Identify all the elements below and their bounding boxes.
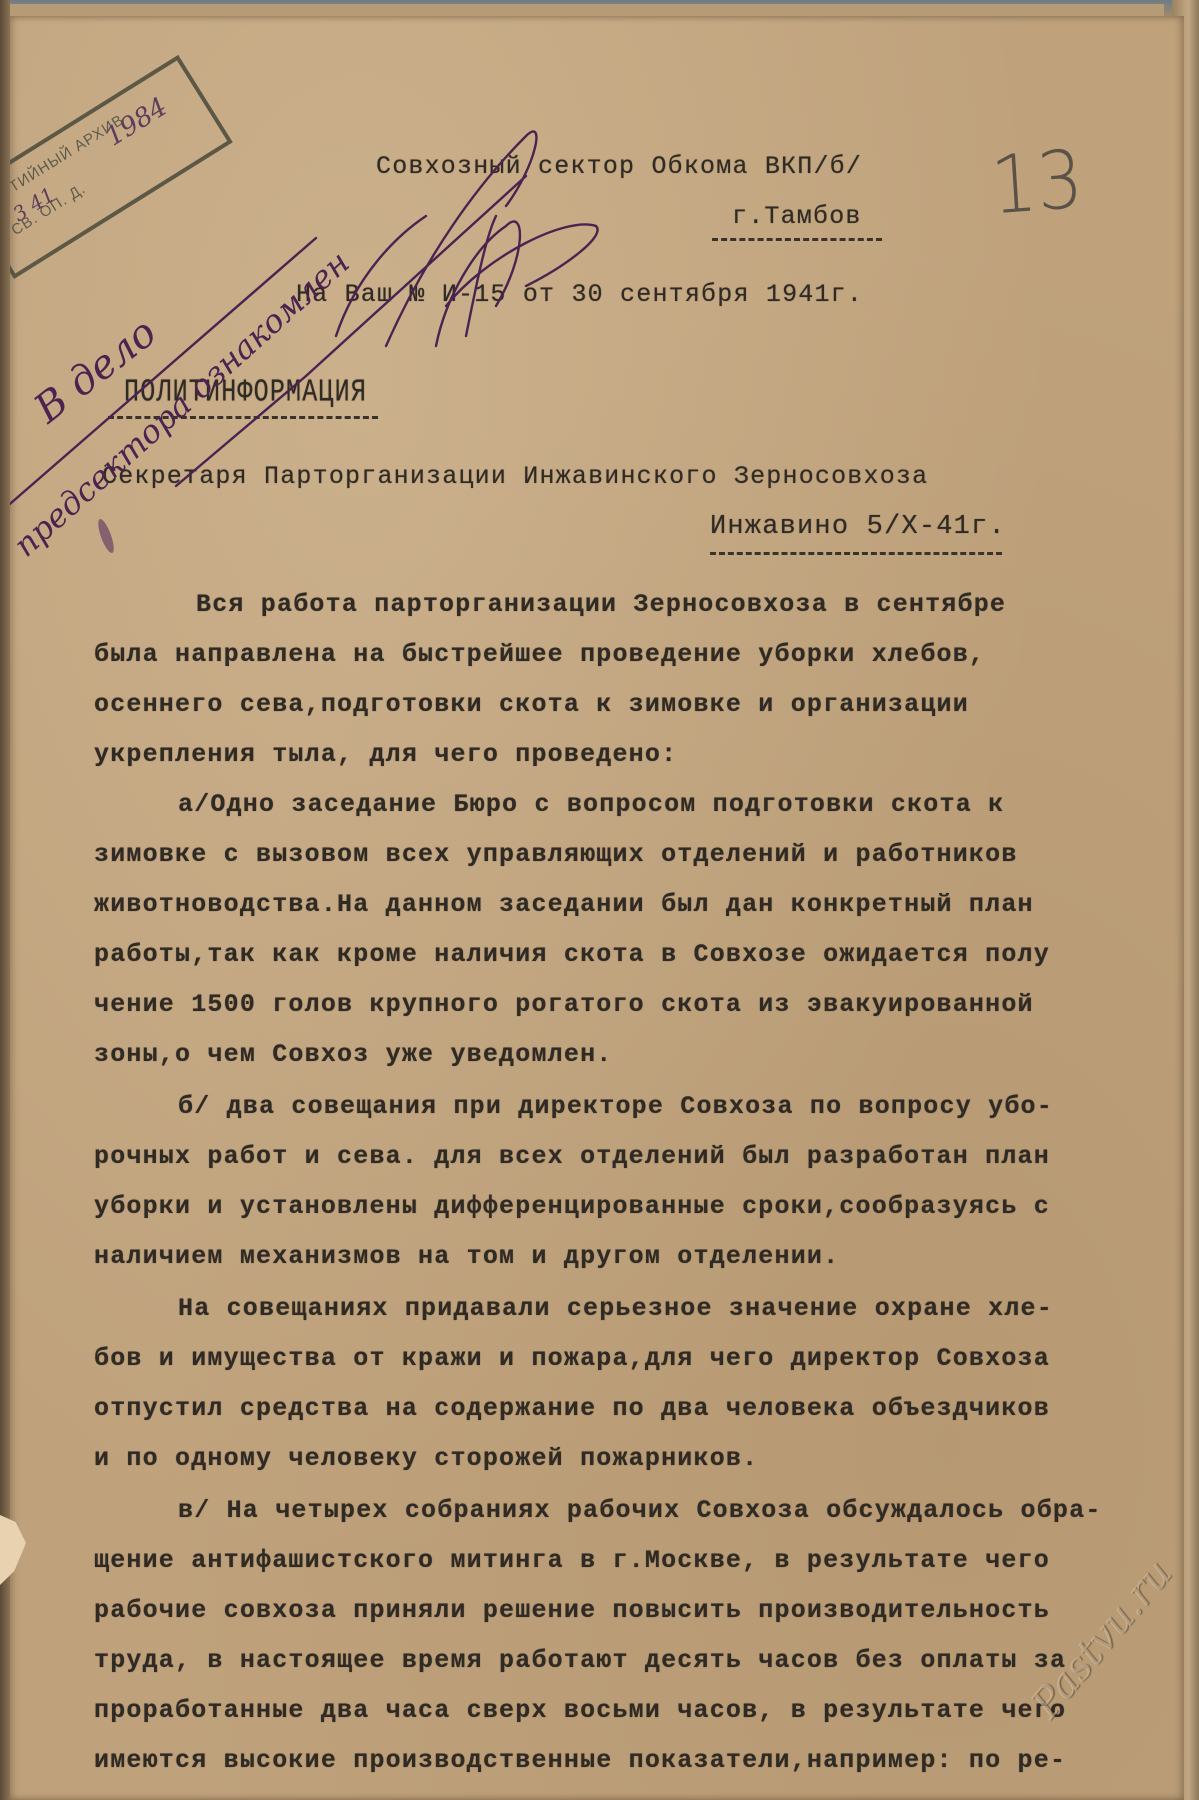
body-line: На совещаниях придавали серьезное значен… [178,1294,1053,1323]
body-line: рочных работ и сева. для всех отделений … [94,1142,1050,1171]
body-line: труда, в настоящее время работают десять… [94,1646,1066,1675]
body-line: Вся работа парторганизации Зерносовхоза … [196,590,1006,619]
body-line: уборки и установлены дифференцированные … [94,1192,1050,1221]
body-line: в/ На четырех собраниях рабочих Совхоза … [178,1496,1102,1525]
sender-line: Секретаря Парторганизации Инжавинского З… [102,462,928,491]
body-line: осеннего сева,подготовки скота к зимовке… [94,690,969,719]
body-line: щение антифашистского митинга в г.Москве… [94,1546,1050,1575]
body-line: проработанные два часа сверх восьми часо… [94,1696,1066,1725]
addressee-line-1: Совхозный сектор Обкома ВКП/б/ [376,152,862,181]
document-page: 13 Совхозный сектор Обкома ВКП/б/ г.Тамб… [6,16,1184,1800]
body-line: отпустил средства на содержание по два ч… [94,1394,1050,1423]
body-line: чение 1500 голов крупного рогатого скота… [94,990,1034,1019]
body-line: животноводства.На данном заседании был д… [94,890,1034,919]
body-line: и по одному человеку сторожей пожарников… [94,1444,758,1473]
body-line: наличием механизмов на том и другом отде… [94,1242,839,1271]
archive-stamp: ПАРТИЙНЫЙ АРХИВ СВ. ОП. Д. 1984 3 41 [0,55,233,279]
addressee-line-2: г.Тамбов [732,202,862,231]
body-line: рабочие совхоза приняли решение повысить… [94,1596,1050,1625]
watermark: Pastvu.ru [1023,1551,1181,1727]
place-date-underline [710,552,1002,555]
stamp-number: 1984 [101,92,173,153]
body-line: а/Одно заседание Бюро с вопросом подгото… [178,790,1004,819]
body-line: имеются высокие производственные показат… [94,1746,1066,1775]
body-line: работы,так как кроме наличия скота в Сов… [94,940,1050,969]
body-line: зимовке с вызовом всех управляющих отдел… [94,840,1018,869]
place-date: Инжавино 5/X-41г. [710,512,1006,542]
body-line: б/ два совещания при директоре Совхоза п… [178,1092,1053,1121]
body-line: укрепления тыла, для чего проведено: [94,740,677,769]
body-line: зоны,о чем Совхоз уже уведомлен. [94,1040,612,1069]
reference-line: На Ваш № И-15 от 30 сентября 1941г. [296,280,863,309]
body-line: бов и имущества от кражи и пожара,для че… [94,1344,1050,1373]
body-line: была направлена на быстрейшее проведение… [94,640,985,669]
underline-city [712,238,882,241]
page-number-pencil: 13 [988,133,1085,233]
